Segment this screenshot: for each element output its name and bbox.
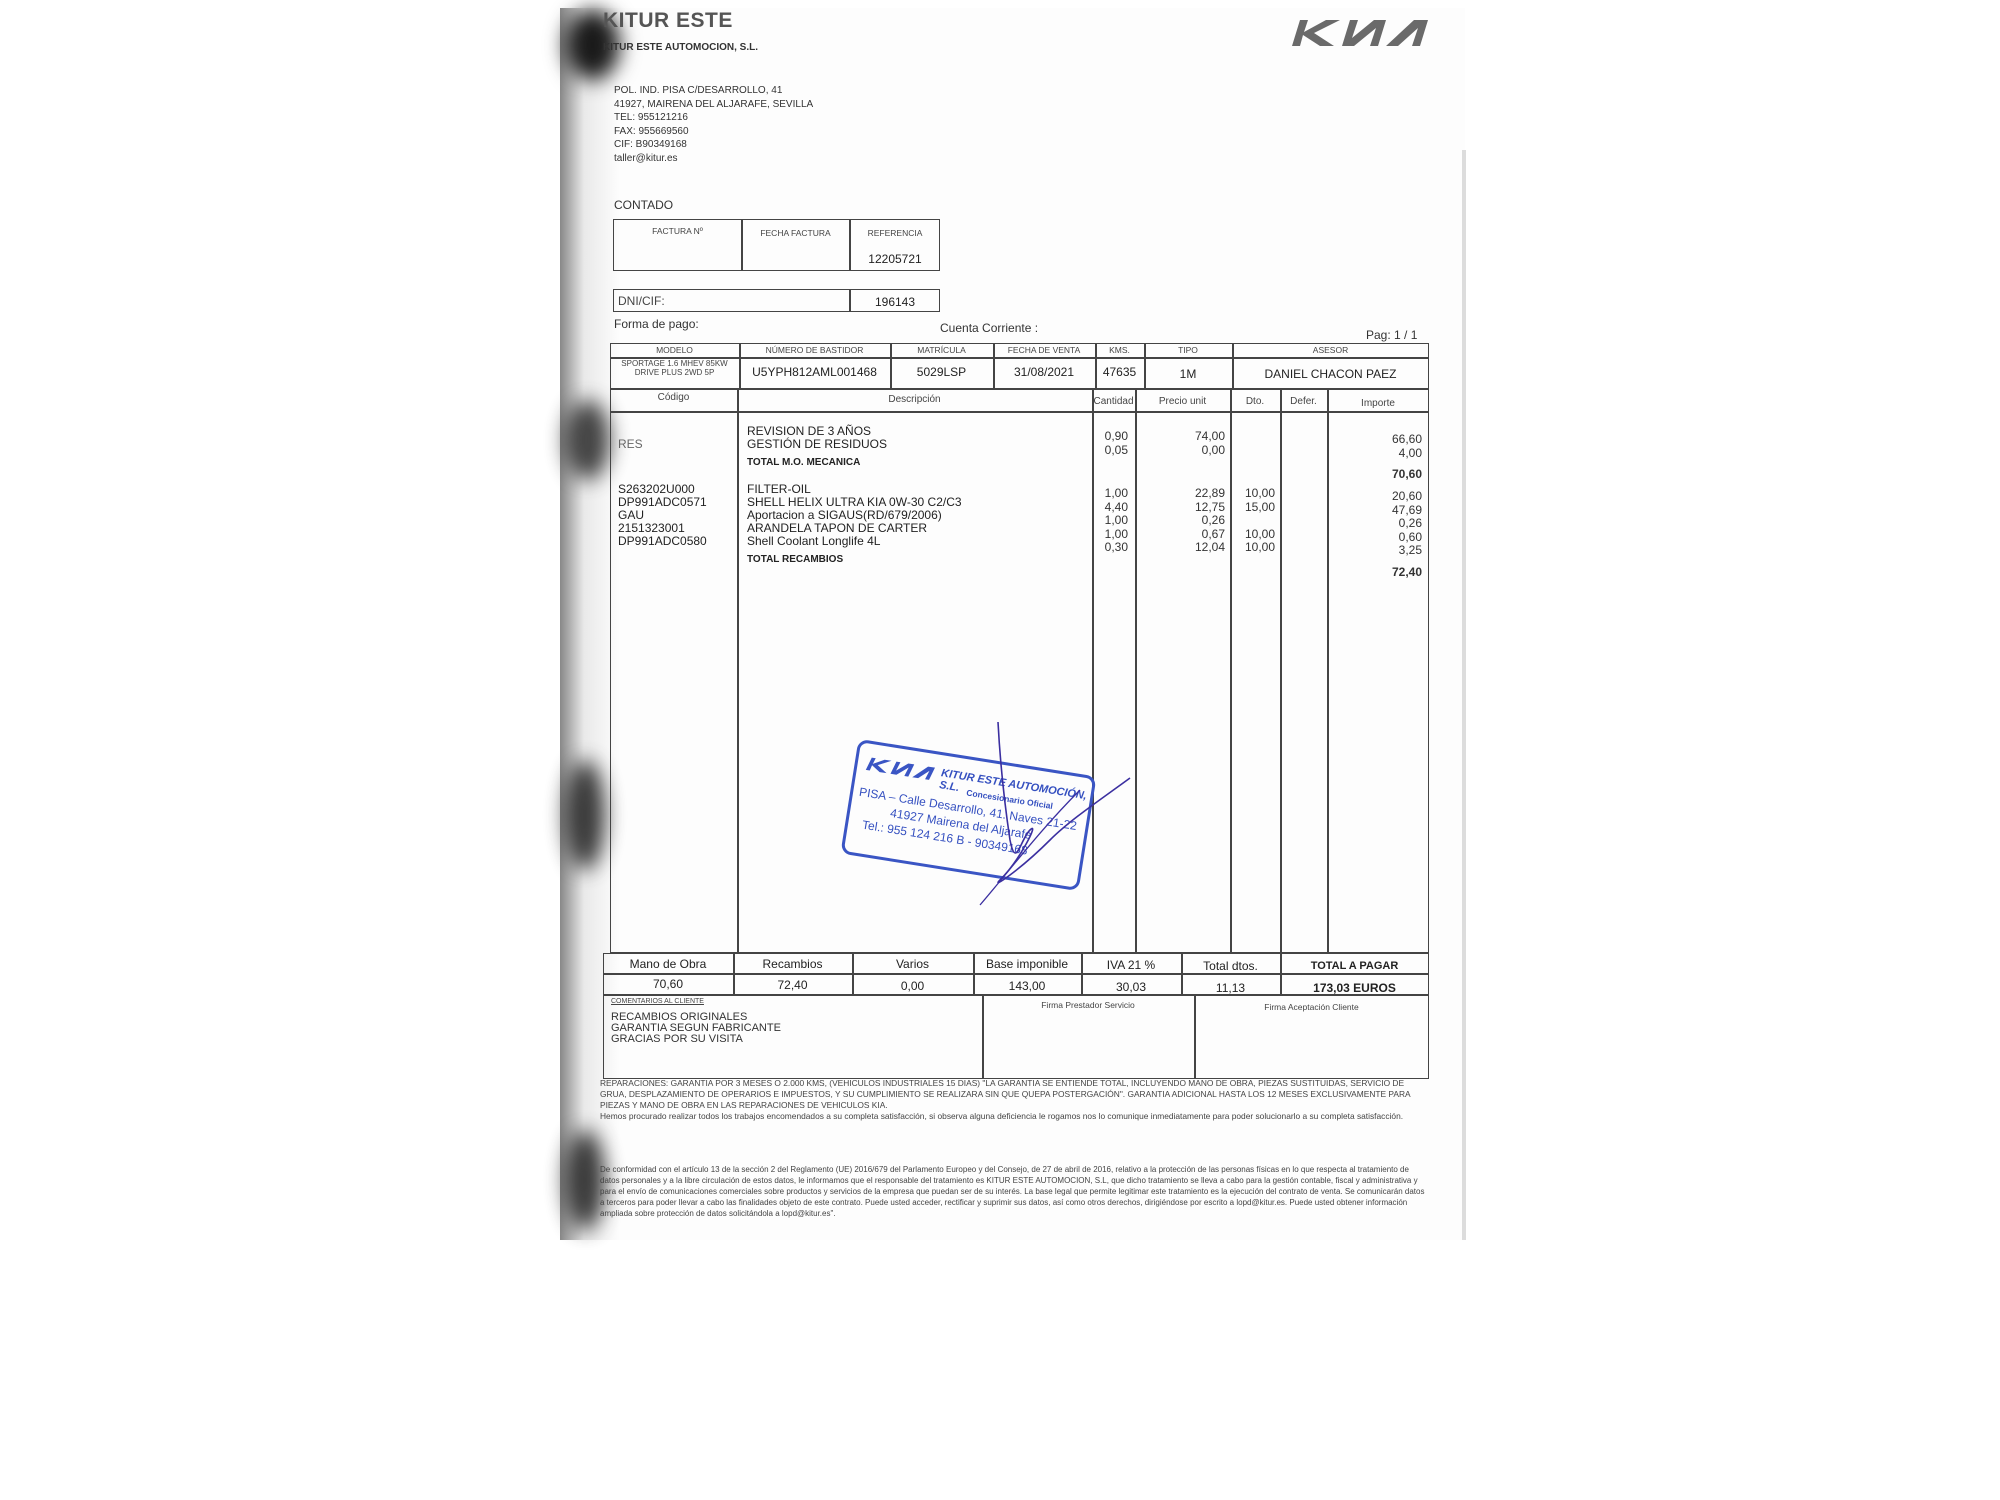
brand-name: KITUR ESTE bbox=[603, 9, 733, 33]
dni-label: DNI/CIF: bbox=[618, 294, 665, 308]
recambios-header: Recambios bbox=[733, 957, 852, 971]
iva-header: IVA 21 % bbox=[1081, 958, 1181, 972]
precio-header: Precio unit bbox=[1135, 396, 1230, 407]
tipo-value: 1M bbox=[1144, 367, 1232, 381]
matricula-value: 5029LSP bbox=[890, 365, 993, 379]
part-codes: S263202U000 DP991ADC0571 GAU 2151323001 … bbox=[618, 483, 707, 548]
parts-total: 72,40 bbox=[1327, 566, 1422, 580]
dto: 10,00 bbox=[1230, 487, 1275, 501]
divider bbox=[1230, 388, 1232, 953]
firma-cliente-label: Firma Aceptación Cliente bbox=[1194, 1002, 1429, 1012]
varios-header: Varios bbox=[852, 957, 973, 971]
mano-obra-header: Mano de Obra bbox=[603, 957, 733, 971]
defer-header: Defer. bbox=[1280, 396, 1327, 407]
modelo-value: SPORTAGE 1.6 MHEV 85KW DRIVE PLUS 2WD 5P bbox=[610, 359, 739, 377]
labor-qty: 0,90 0,05 bbox=[1092, 430, 1128, 457]
asesor-header: ASESOR bbox=[1232, 345, 1429, 355]
base-imponible-header: Base imponible bbox=[973, 957, 1081, 971]
modelo-line: DRIVE PLUS 2WD 5P bbox=[610, 368, 739, 377]
qty: 1,00 bbox=[1092, 487, 1128, 501]
divider bbox=[737, 411, 1429, 413]
divider bbox=[610, 388, 1429, 390]
divider bbox=[1280, 388, 1282, 953]
labor-code: RES bbox=[618, 438, 643, 451]
comments-label: COMENTARIOS AL CLIENTE bbox=[611, 998, 704, 1005]
cantidad-header: Cantidad bbox=[1092, 396, 1135, 407]
scan-blot bbox=[565, 760, 605, 870]
kia-stamp-logo-icon bbox=[864, 753, 936, 784]
importe-header: Importe bbox=[1327, 398, 1429, 409]
price: 12,75 bbox=[1135, 501, 1225, 515]
importe: 3,25 bbox=[1327, 544, 1422, 558]
phone: TEL: 955121216 bbox=[614, 111, 813, 125]
labor-importe: 66,60 4,00 70,60 bbox=[1327, 433, 1422, 482]
cuenta-corriente-label: Cuenta Corriente : bbox=[940, 321, 1038, 335]
qty: 1,00 bbox=[1092, 528, 1128, 542]
dto: 15,00 bbox=[1230, 501, 1275, 515]
fecha-factura-label: FECHA FACTURA bbox=[742, 228, 849, 238]
part-prices: 22,89 12,75 0,26 0,67 12,04 bbox=[1135, 487, 1225, 555]
cif: CIF: B90349168 bbox=[614, 138, 813, 152]
divider bbox=[737, 388, 739, 953]
bastidor-header: NÚMERO DE BASTIDOR bbox=[739, 345, 890, 355]
bastidor-value: U5YPH812AML001468 bbox=[739, 365, 890, 379]
part-dtos: 10,00 15,00 10,00 10,00 bbox=[1230, 487, 1275, 555]
total-pagar-header: TOTAL A PAGAR bbox=[1280, 960, 1429, 972]
payment-type: CONTADO bbox=[614, 198, 673, 212]
labor-desc: REVISION DE 3 AÑOS GESTIÓN DE RESIDUOS T… bbox=[747, 425, 887, 469]
part-descs: FILTER-OIL SHELL HELIX ULTRA KIA 0W-30 C… bbox=[747, 483, 962, 566]
dto bbox=[1230, 514, 1275, 528]
dto-header: Dto. bbox=[1230, 396, 1280, 407]
line-desc: GESTIÓN DE RESIDUOS bbox=[747, 438, 887, 451]
email: taller@kitur.es bbox=[614, 152, 813, 166]
company-name: KITUR ESTE AUTOMOCION, S.L. bbox=[603, 42, 758, 53]
referencia-value: 12205721 bbox=[850, 252, 940, 266]
price: 22,89 bbox=[1135, 487, 1225, 501]
part-importes: 20,60 47,69 0,26 0,60 3,25 72,40 bbox=[1327, 490, 1422, 579]
scan-blot bbox=[565, 1130, 605, 1230]
fax: FAX: 955669560 bbox=[614, 125, 813, 139]
total-pagar-value: 173,03 EUROS bbox=[1280, 981, 1429, 995]
company-address: POL. IND. PISA C/DESARROLLO, 41 41927, M… bbox=[614, 84, 813, 165]
codigo-header: Código bbox=[610, 392, 737, 403]
price: 12,04 bbox=[1135, 541, 1225, 555]
firma-prestador-label: Firma Prestador Servicio bbox=[982, 1000, 1194, 1010]
warranty-text: REPARACIONES: GARANTIA POR 3 MESES O 2.0… bbox=[600, 1078, 1430, 1122]
kia-logo-icon bbox=[1290, 16, 1430, 50]
factura-label: FACTURA Nº bbox=[614, 226, 741, 236]
divider bbox=[603, 973, 1429, 975]
importe: 4,00 bbox=[1327, 447, 1422, 461]
comments-text: RECAMBIOS ORIGINALES GARANTIA SEGUN FABR… bbox=[611, 1012, 781, 1045]
labor-price: 74,00 0,00 bbox=[1135, 430, 1225, 457]
dto: 10,00 bbox=[1230, 528, 1275, 542]
importe: 0,26 bbox=[1327, 517, 1422, 531]
part-qtys: 1,00 4,40 1,00 1,00 0,30 bbox=[1092, 487, 1128, 555]
kms-value: 47635 bbox=[1095, 365, 1144, 379]
page-edge bbox=[1462, 150, 1466, 1240]
qty: 0,90 bbox=[1092, 430, 1128, 444]
signature-icon bbox=[960, 720, 1140, 910]
qty: 4,40 bbox=[1092, 501, 1128, 515]
importe: 0,60 bbox=[1327, 531, 1422, 545]
page-number: Pag: 1 / 1 bbox=[1366, 328, 1417, 342]
fecha-venta-header: FECHA DE VENTA bbox=[993, 345, 1095, 355]
divider bbox=[741, 219, 743, 271]
address-line: POL. IND. PISA C/DESARROLLO, 41 bbox=[614, 84, 813, 98]
total-dtos-value: 11,13 bbox=[1181, 981, 1280, 995]
varios-value: 0,00 bbox=[852, 979, 973, 993]
price: 0,26 bbox=[1135, 514, 1225, 528]
modelo-line: SPORTAGE 1.6 MHEV 85KW bbox=[610, 359, 739, 368]
fecha-venta-value: 31/08/2021 bbox=[993, 365, 1095, 379]
base-imponible-value: 143,00 bbox=[973, 979, 1081, 993]
part-code: DP991ADC0580 bbox=[618, 535, 707, 548]
importe: 47,69 bbox=[1327, 504, 1422, 518]
part-desc: Shell Coolant Longlife 4L bbox=[747, 535, 962, 548]
scan-blot bbox=[565, 400, 610, 480]
price: 0,00 bbox=[1135, 444, 1225, 458]
privacy-text: De conformidad con el artículo 13 de la … bbox=[600, 1164, 1430, 1219]
asesor-value: DANIEL CHACON PAEZ bbox=[1232, 367, 1429, 381]
price: 0,67 bbox=[1135, 528, 1225, 542]
total-dtos-header: Total dtos. bbox=[1181, 959, 1280, 973]
warranty-clause: REPARACIONES: GARANTIA POR 3 MESES O 2.0… bbox=[600, 1078, 1430, 1111]
descripcion-header: Descripción bbox=[737, 394, 1092, 405]
parts-total-label: TOTAL RECAMBIOS bbox=[747, 553, 962, 566]
referencia-label: REFERENCIA bbox=[850, 228, 940, 238]
forma-pago-label: Forma de pago: bbox=[614, 317, 699, 331]
importe: 20,60 bbox=[1327, 490, 1422, 504]
qty: 1,00 bbox=[1092, 514, 1128, 528]
kms-header: KMS. bbox=[1095, 345, 1144, 355]
matricula-header: MATRÍCULA bbox=[890, 345, 993, 355]
qty: 0,30 bbox=[1092, 541, 1128, 555]
labor-total: 70,60 bbox=[1327, 468, 1422, 482]
recambios-value: 72,40 bbox=[733, 978, 852, 992]
satisfaction-clause: Hemos procurado realizar todos los traba… bbox=[600, 1111, 1430, 1122]
comment-line: GRACIAS POR SU VISITA bbox=[611, 1034, 781, 1045]
labor-total-label: TOTAL M.O. MECANICA bbox=[747, 456, 887, 469]
modelo-header: MODELO bbox=[610, 345, 739, 355]
mano-obra-value: 70,60 bbox=[603, 977, 733, 991]
iva-value: 30,03 bbox=[1081, 980, 1181, 994]
dto: 10,00 bbox=[1230, 541, 1275, 555]
price: 74,00 bbox=[1135, 430, 1225, 444]
qty: 0,05 bbox=[1092, 444, 1128, 458]
address-line: 41927, MAIRENA DEL ALJARAFE, SEVILLA bbox=[614, 98, 813, 112]
dni-value: 196143 bbox=[850, 295, 940, 309]
tipo-header: TIPO bbox=[1144, 345, 1232, 355]
importe: 66,60 bbox=[1327, 433, 1422, 447]
